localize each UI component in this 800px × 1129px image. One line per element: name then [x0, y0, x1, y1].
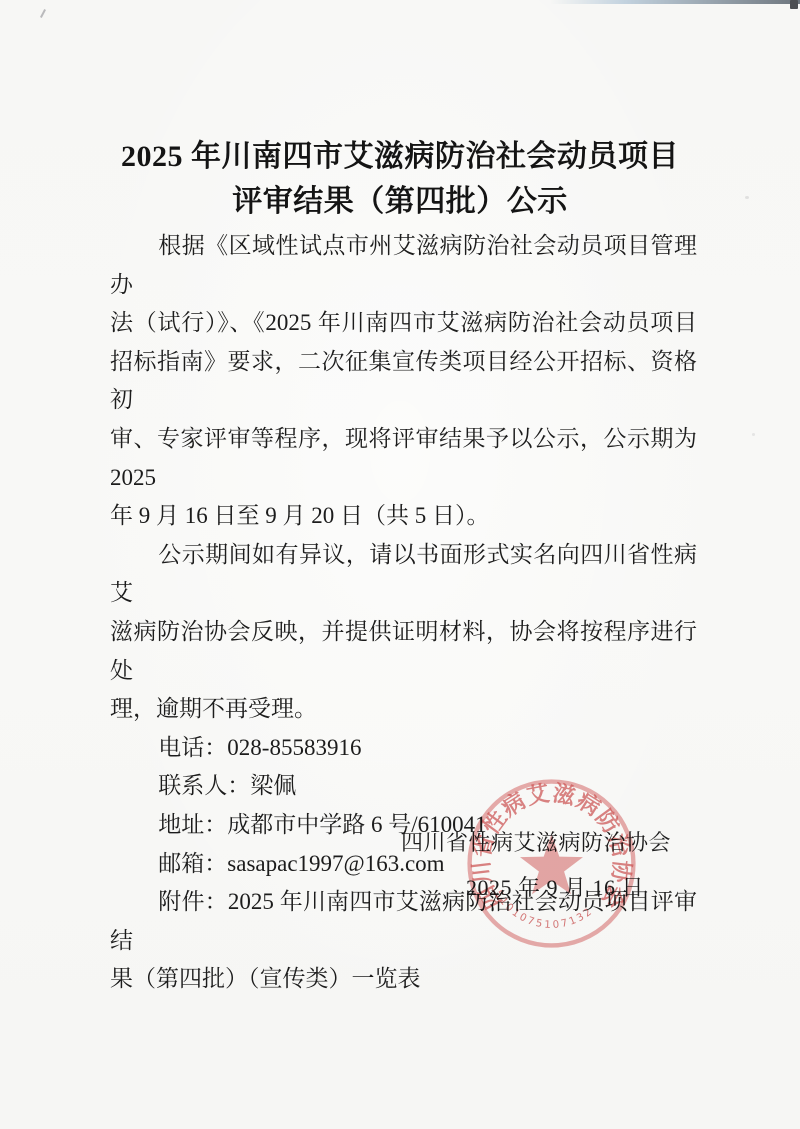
- official-seal-stamp: 四川省性病艾滋病防治协会 5101075107132: [454, 766, 649, 961]
- paragraph1-line: 招标指南》要求，二次征集宣传类项目经公开招标、资格初: [110, 343, 697, 420]
- paragraph1-line: 审、专家评审等程序，现将评审结果予以公示，公示期为 2025: [110, 420, 697, 497]
- scan-corner-artifact: [790, 0, 798, 9]
- seal-code: 5101075107132: [492, 889, 596, 931]
- contact-phone: 电话：028-85583916: [110, 729, 697, 768]
- scan-edge-artifact: [550, 0, 800, 4]
- paragraph2-line: 公示期间如有异议，请以书面形式实名向四川省性病艾: [110, 536, 697, 613]
- paragraph2-line: 滋病防治协会反映，并提供证明材料，协会将按程序进行处: [110, 613, 697, 690]
- document-title: 2025 年川南四市艾滋病防治社会动员项目 评审结果（第四批）公示: [0, 134, 800, 224]
- paragraph1-line: 法（试行）》、《2025 年川南四市艾滋病防治社会动员项目: [110, 304, 697, 343]
- seal-star-icon: [520, 834, 583, 894]
- title-line-2: 评审结果（第四批）公示: [0, 179, 800, 224]
- attachment-line: 果（第四批）（宣传类）一览表: [110, 960, 697, 999]
- paragraph2-line: 理，逾期不再受理。: [110, 690, 697, 729]
- paragraph1-line: 年 9 月 16 日至 9 月 20 日（共 5 日）。: [110, 497, 697, 536]
- scan-mark-artifact: [40, 9, 46, 18]
- title-line-1: 2025 年川南四市艾滋病防治社会动员项目: [0, 134, 800, 179]
- scan-speck: [752, 433, 755, 436]
- paragraph1-line: 根据《区域性试点市州艾滋病防治社会动员项目管理办: [110, 227, 697, 304]
- scanned-document-page: 2025 年川南四市艾滋病防治社会动员项目 评审结果（第四批）公示 根据《区域性…: [0, 0, 800, 1129]
